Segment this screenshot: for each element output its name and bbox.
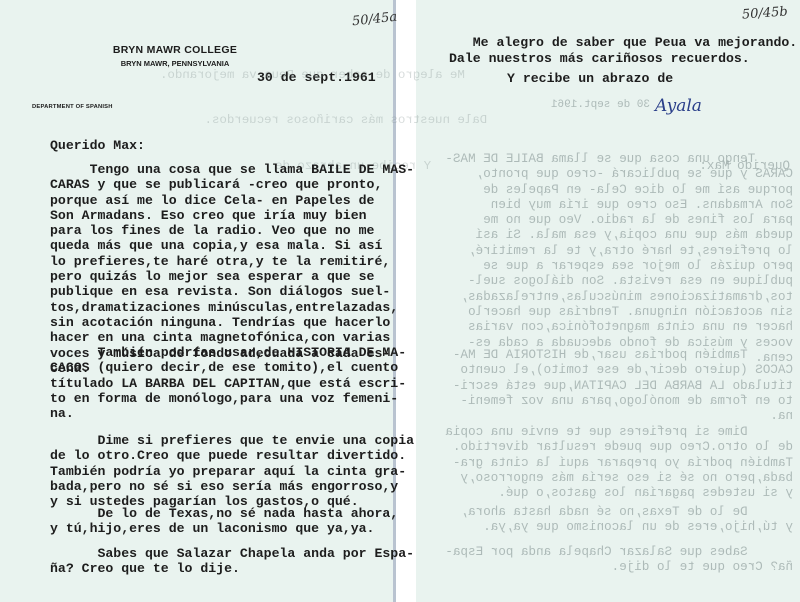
paragraph-5: Sabes que Salazar Chapela anda por Espa-… <box>50 546 414 577</box>
bleed-through-paragraph-4: De lo de Texas,no sé nada hasta ahora, y… <box>433 505 793 536</box>
bleed-through-header: 30 de sept.1961 <box>430 70 800 126</box>
paragraph-2: También podrías usar,de HISTORIA DE MA- … <box>50 345 406 421</box>
paragraph-4: De lo de Texas,no sé nada hasta ahora, y… <box>50 506 398 537</box>
archive-number-right: 50/45b <box>742 4 789 22</box>
paragraph-3: Dime si prefieres que te envie una copia… <box>50 433 414 509</box>
bleed-through-paragraph-5: Sabes que Salazar Chapela anda por Espa-… <box>433 545 793 576</box>
bleed-through-paragraph-3: Dime si prefieres que te envie una copia… <box>433 425 793 501</box>
closing-line-1: Me alegro de saber que Peua va mejorando… <box>449 35 797 51</box>
closing-line-2: Dale nuestros más cariñosos recuerdos. <box>449 51 750 67</box>
bleed-through-paragraph-2: También podrías usar,de HISTORIA DE MA- … <box>433 348 793 424</box>
salutation: Querido Max: <box>50 138 145 153</box>
letterhead-department: DEPARTMENT OF SPANISH <box>32 104 113 110</box>
bleed-through-paragraph-1: Tengo una cosa que se llama BAILE DE MAS… <box>433 152 793 366</box>
